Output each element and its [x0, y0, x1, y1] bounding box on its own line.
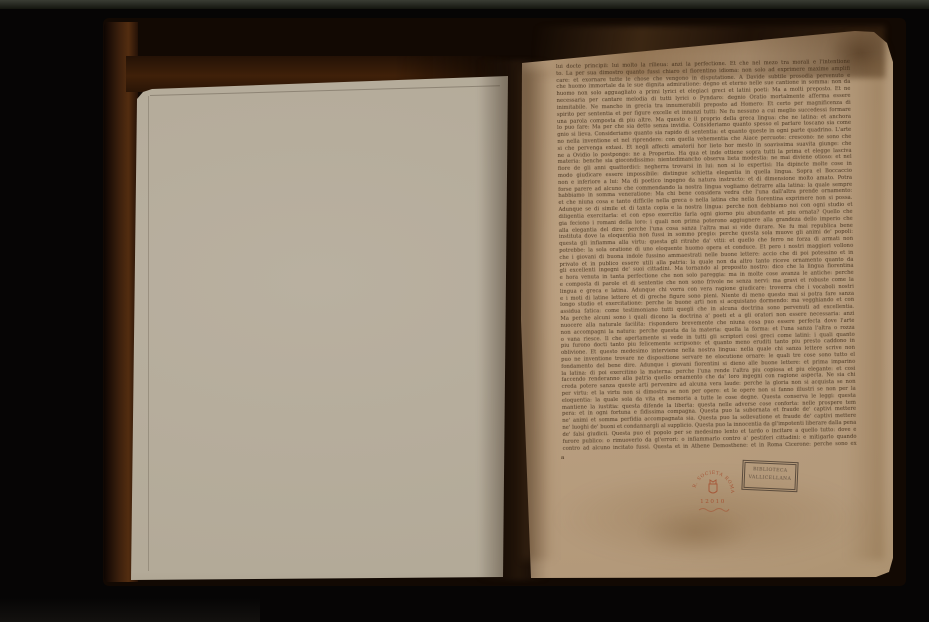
rect-library-stamp: BIBLIOTECA VALLICELLANA [741, 460, 798, 492]
photo-bottom-haze [0, 598, 260, 622]
crown-emblem-icon [709, 480, 717, 493]
inventory-squiggle-mark [699, 509, 729, 512]
underleaf-edge-side [148, 96, 149, 571]
signature-mark: a [561, 455, 564, 461]
rect-stamp-line2: VALLICELLANA [745, 474, 795, 484]
photograph-of-open-book: lui docte principii: lui molto la rilieu… [0, 0, 929, 622]
round-stamp-arc-text: R. SOCIETA ROMANA [687, 462, 735, 494]
printed-text-block: lui docte principii: lui molto la rilieu… [556, 59, 857, 453]
gutter-shadow [478, 60, 548, 580]
round-stamp-number: 12010 [700, 499, 726, 505]
round-library-stamp: R. SOCIETA ROMANA 12010 [687, 462, 739, 520]
photo-top-strip [0, 0, 929, 9]
